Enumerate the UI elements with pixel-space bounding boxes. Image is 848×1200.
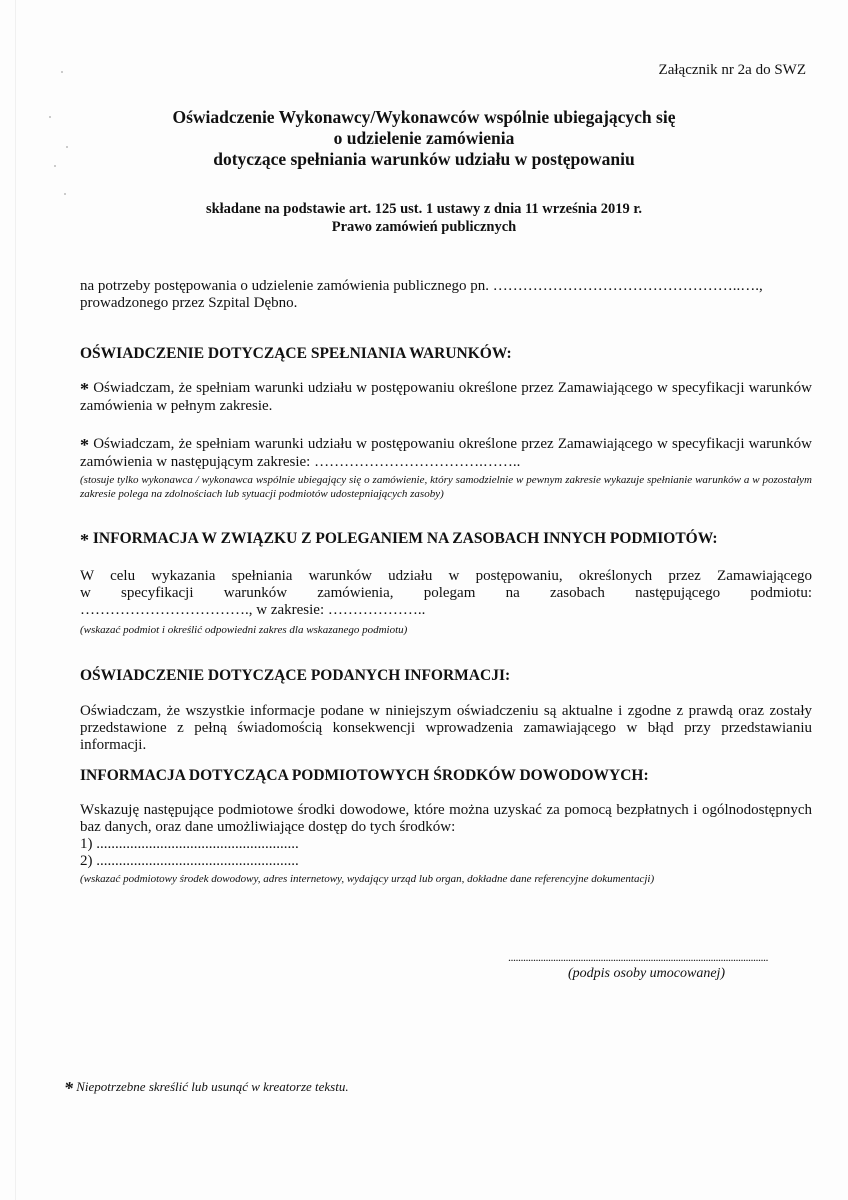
section-heading-other-entities-text: INFORMACJA W ZWIĄZKU Z POLEGANIEM NA ZAS… — [93, 530, 718, 547]
section-heading-evidence: INFORMACJA DOTYCZĄCA PODMIOTOWYCH ŚRODKÓ… — [80, 767, 649, 785]
section-heading-information: OŚWIADCZENIE DOTYCZĄCE PODANYCH INFORMAC… — [80, 667, 510, 685]
intro-paragraph: na potrzeby postępowania o udzielenie za… — [80, 278, 812, 312]
signature-line[interactable]: ........................................… — [508, 950, 778, 965]
document-page: Załącznik nr 2a do SWZ Oświadczenie Wyko… — [0, 0, 848, 1200]
evidence-item-2[interactable]: 2) .....................................… — [80, 853, 812, 870]
statement-partial-scope: * Oświadczam, że spełniam warunki udział… — [80, 436, 812, 471]
scan-speck — [64, 193, 66, 195]
intro-line-1[interactable]: na potrzeby postępowania o udzielenie za… — [80, 278, 812, 295]
intro-line-2: prowadzonego przez Szpital Dębno. — [80, 295, 812, 312]
title-line-2: o udzielenie zamówienia — [0, 128, 848, 149]
evidence-note: (wskazać podmiotowy środek dowodowy, adr… — [80, 872, 812, 886]
document-title: Oświadczenie Wykonawcy/Wykonawców wspóln… — [0, 107, 848, 170]
title-line-1: Oświadczenie Wykonawcy/Wykonawców wspóln… — [0, 107, 848, 128]
statement-full-scope: * Oświadczam, że spełniam warunki udział… — [80, 380, 812, 415]
annex-label: Załącznik nr 2a do SWZ — [659, 62, 806, 79]
subtitle-line-2: Prawo zamówień publicznych — [0, 218, 848, 236]
signature-label: (podpis osoby umocowanej) — [568, 966, 725, 982]
other-entities-paragraph: W celu wykazania spełniania warunków udz… — [80, 568, 812, 619]
footer-note: * Niepotrzebne skreślić lub usunąć w kre… — [64, 1078, 349, 1099]
partial-scope-note: (stosuje tylko wykonawca / wykonawca wsp… — [80, 473, 812, 501]
subtitle-line-1: składane na podstawie art. 125 ust. 1 us… — [0, 200, 848, 218]
scan-speck — [61, 71, 63, 73]
evidence-item-1[interactable]: 1) .....................................… — [80, 836, 812, 853]
other-entities-line-2: w specyfikacji warunków zamówienia, pole… — [80, 585, 812, 602]
other-entities-line-1: W celu wykazania spełniania warunków udz… — [80, 568, 812, 585]
other-entities-note: (wskazać podmiot i określić odpowiedni z… — [80, 623, 812, 637]
scan-edge — [15, 0, 16, 1200]
other-entities-line-3[interactable]: ……………………………., w zakresie: ……………….. — [80, 602, 812, 619]
evidence-paragraph: Wskazuję następujące podmiotowe środki d… — [80, 802, 812, 870]
title-line-3: dotyczące spełniania warunków udziału w … — [0, 149, 848, 170]
asterisk-icon: * — [64, 1078, 73, 1098]
document-subtitle: składane na podstawie art. 125 ust. 1 us… — [0, 200, 848, 236]
evidence-text: Wskazuję następujące podmiotowe środki d… — [80, 802, 812, 836]
asterisk-icon: * — [80, 530, 89, 550]
asterisk-icon: * — [80, 435, 89, 455]
footer-note-text: Niepotrzebne skreślić lub usunąć w kreat… — [76, 1079, 348, 1094]
section-heading-other-entities: * INFORMACJA W ZWIĄZKU Z POLEGANIEM NA Z… — [80, 530, 718, 551]
asterisk-icon: * — [80, 379, 89, 399]
information-statement: Oświadczam, że wszystkie informacje poda… — [80, 703, 812, 754]
statement-full-scope-text: Oświadczam, że spełniam warunki udziału … — [80, 380, 812, 414]
statement-partial-scope-text[interactable]: Oświadczam, że spełniam warunki udziału … — [80, 436, 812, 470]
section-heading-conditions: OŚWIADCZENIE DOTYCZĄCE SPEŁNIANIA WARUNK… — [80, 345, 512, 363]
